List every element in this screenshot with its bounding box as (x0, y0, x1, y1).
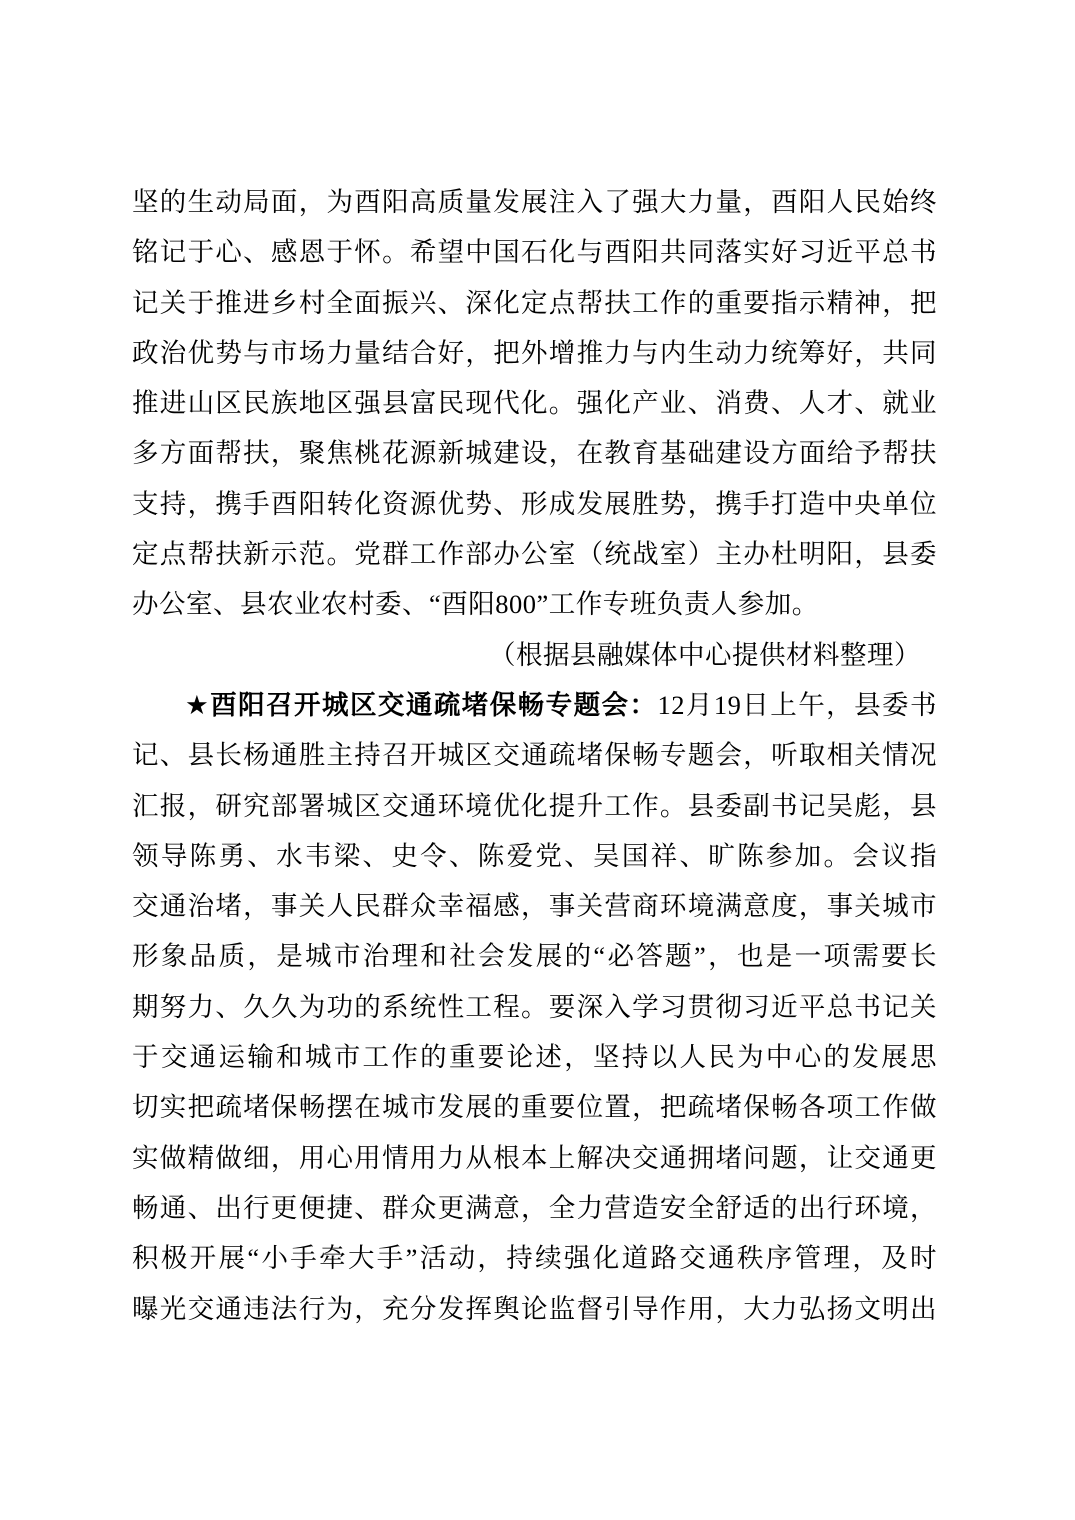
body-line: 汇报，研究部署城区交通环境优化提升工作。县委副书记吴彪，县 (132, 781, 937, 831)
news-headline-regular-text: 12月19日上午，县委书 (657, 690, 937, 720)
body-line: 铭记于心、感恩于怀。希望中国石化与酉阳共同落实好习近平总书 (132, 227, 937, 277)
body-line: 畅通、出行更便捷、群众更满意，全力营造安全舒适的出行环境， (132, 1183, 937, 1233)
news-headline-line: ★酉阳召开城区交通疏堵保畅专题会：12月19日上午，县委书 (132, 680, 937, 730)
body-line: 定点帮扶新示范。党群工作部办公室（统战室）主办杜明阳，县委 (132, 529, 937, 579)
body-line-paragraph-end: 办公室、县农业农村委、“酉阳800”工作专班负责人参加。 (132, 579, 937, 629)
body-line: 支持，携手酉阳转化资源优势、形成发展胜势，携手打造中央单位 (132, 479, 937, 529)
text-block: 坚的生动局面，为酉阳高质量发展注入了强大力量，酉阳人民始终 铭记于心、感恩于怀。… (132, 177, 937, 1334)
body-line: 坚的生动局面，为酉阳高质量发展注入了强大力量，酉阳人民始终 (132, 177, 937, 227)
body-line: 积极开展“小手牵大手”活动，持续强化道路交通秩序管理，及时 (132, 1233, 937, 1283)
body-line: 于交通运输和城市工作的重要论述，坚持以人民为中心的发展思想， (132, 1032, 937, 1082)
body-line: 形象品质，是城市治理和社会发展的“必答题”，也是一项需要长 (132, 931, 937, 981)
body-line: 交通治堵，事关人民群众幸福感，事关营商环境满意度，事关城市 (132, 881, 937, 931)
attribution-line: （根据县融媒体中心提供材料整理） (132, 630, 937, 680)
body-line: 领导陈勇、水韦梁、史令、陈爱党、吴国祥、旷陈参加。会议指出， (132, 831, 937, 881)
body-line: 政治优势与市场力量结合好，把外增推力与内生动力统筹好，共同 (132, 328, 937, 378)
body-line: 曝光交通违法行为，充分发挥舆论监督引导作用，大力弘扬文明出 (132, 1284, 937, 1334)
body-line: 记、县长杨通胜主持召开城区交通疏堵保畅专题会，听取相关情况 (132, 730, 937, 780)
document-page: 坚的生动局面，为酉阳高质量发展注入了强大力量，酉阳人民始终 铭记于心、感恩于怀。… (0, 0, 1075, 1520)
body-line: 期努力、久久为功的系统性工程。要深入学习贯彻习近平总书记关 (132, 982, 937, 1032)
body-line: 实做精做细，用心用情用力从根本上解决交通拥堵问题，让交通更 (132, 1133, 937, 1183)
body-line: 多方面帮扶，聚焦桃花源新城建设，在教育基础建设方面给予帮扶 (132, 428, 937, 478)
body-line: 推进山区民族地区强县富民现代化。强化产业、消费、人才、就业 (132, 378, 937, 428)
body-line: 记关于推进乡村全面振兴、深化定点帮扶工作的重要指示精神，把 (132, 278, 937, 328)
body-line: 切实把疏堵保畅摆在城市发展的重要位置，把疏堵保畅各项工作做 (132, 1082, 937, 1132)
news-headline-bold-text: ★酉阳召开城区交通疏堵保畅专题会： (185, 690, 657, 720)
